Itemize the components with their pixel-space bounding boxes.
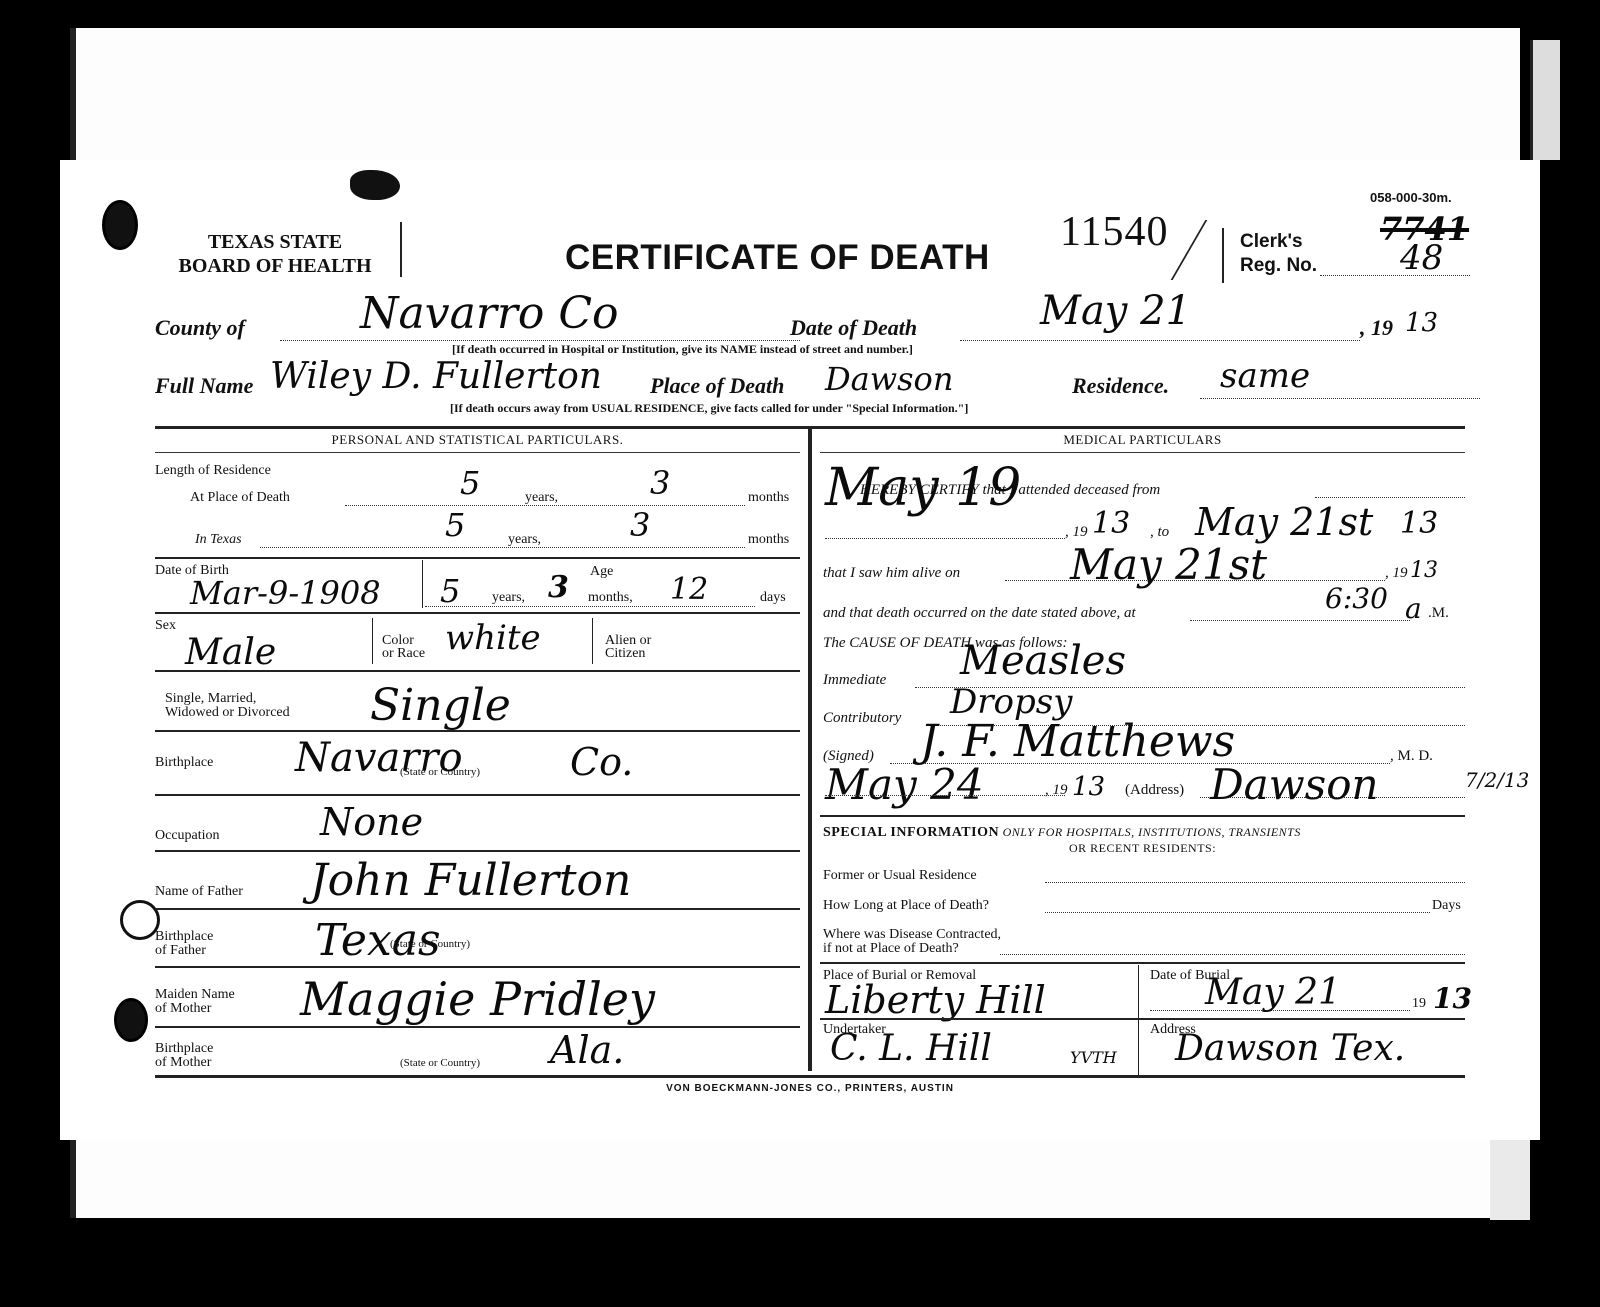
date-of-death-value[interactable]: May 21	[1040, 288, 1191, 334]
special-title-rest: only for Hospitals, Institutions, Transi…	[1003, 825, 1301, 839]
full-name-value[interactable]: Wiley D. Fullerton	[270, 356, 602, 397]
header-divider	[400, 222, 402, 277]
contributory-label: Contributory	[823, 710, 901, 727]
age-months[interactable]: 3	[548, 570, 569, 605]
state-or-country-hint: (State or Country)	[400, 766, 480, 778]
year-prefix: , 19	[1065, 524, 1088, 541]
length-of-residence-label: Length of Residence	[155, 463, 271, 479]
hospital-note: [If death occurred in Hospital or Instit…	[452, 342, 913, 357]
column-divider	[808, 426, 812, 1071]
age-years[interactable]: 5	[440, 572, 460, 610]
rule	[820, 1018, 1465, 1020]
age-months-label: months,	[588, 590, 633, 606]
years-label: years,	[508, 532, 541, 548]
burial-divider	[1138, 965, 1139, 1075]
dob-divider	[422, 560, 423, 608]
mother-birthplace-label-1: Birthplace	[155, 1042, 213, 1056]
punch-hole-icon	[114, 998, 148, 1042]
alien-label-2: Citizen	[605, 647, 651, 660]
disease-label-1: Where was Disease Contracted,	[823, 928, 1001, 942]
disease-line	[1000, 954, 1465, 955]
agency-line-2: BOARD OF HEALTH	[155, 254, 395, 278]
mother-name-label-1: Maiden Name	[155, 988, 235, 1002]
saw-alive-value[interactable]: May 21st	[1070, 540, 1267, 589]
color-label: Color or Race	[382, 634, 425, 660]
years-label: years,	[525, 490, 558, 506]
agency-line-1: TEXAS STATE	[155, 230, 395, 254]
residence-line	[1200, 398, 1480, 399]
state-or-country-hint: (State or Country)	[390, 938, 470, 950]
saw-alive-year[interactable]: 13	[1410, 558, 1438, 583]
date-of-death-line	[960, 340, 1360, 341]
occupation-value[interactable]: None	[320, 800, 423, 844]
father-birthplace-label: Birthplace of Father	[155, 930, 213, 958]
rule	[155, 794, 800, 796]
clerk-reg-line	[1320, 275, 1470, 276]
undertaker-value[interactable]: C. L. Hill	[830, 1028, 992, 1069]
clerk-divider	[1222, 228, 1224, 283]
certify-line	[1315, 497, 1465, 498]
punch-hole-icon	[102, 200, 138, 250]
age-days-label: days	[760, 590, 786, 606]
state-or-country-hint: (State or Country)	[400, 1057, 480, 1069]
clerk-reg-label: Clerk's Reg. No.	[1240, 230, 1317, 278]
clerk-label-2: Reg. No.	[1240, 254, 1317, 278]
attended-to-value[interactable]: May 21st	[1195, 500, 1373, 544]
attended-from-value[interactable]: May 19	[825, 458, 1021, 518]
medical-section-title: MEDICAL PARTICULARS	[820, 432, 1465, 448]
color-label-2: or Race	[382, 647, 425, 660]
mother-birthplace-value[interactable]: Ala.	[550, 1028, 624, 1072]
residence-note: [If death occurs away from USUAL RESIDEN…	[450, 401, 968, 416]
at-place-months[interactable]: 3	[650, 464, 670, 502]
special-title-line2: or Recent Residents:	[820, 841, 1465, 856]
address-label: (Address)	[1125, 782, 1184, 799]
age-label: Age	[590, 564, 613, 580]
at-place-label: At Place of Death	[190, 490, 290, 506]
attended-from-year[interactable]: 13	[1092, 506, 1130, 541]
agency-name: TEXAS STATE BOARD OF HEALTH	[155, 230, 395, 278]
rule	[820, 815, 1465, 817]
date-of-death-year-prefix: , 19	[1360, 315, 1393, 341]
form-code: 058-000-30m.	[1370, 190, 1452, 205]
burial-date-year[interactable]: 13	[1433, 982, 1472, 1015]
how-long-line	[1045, 912, 1430, 913]
rule	[155, 730, 800, 732]
rule	[155, 966, 800, 968]
marital-label: Single, Married, Widowed or Divorced	[165, 692, 290, 720]
paper-tab	[1490, 1140, 1530, 1220]
immediate-value[interactable]: Measles	[960, 638, 1126, 684]
rule	[155, 1026, 800, 1028]
page-title: CERTIFICATE OF DEATH	[565, 238, 990, 278]
immediate-label: Immediate	[823, 672, 886, 689]
sex-label: Sex	[155, 618, 176, 634]
father-birthplace-label-1: Birthplace	[155, 930, 213, 944]
disease-label: Where was Disease Contracted, if not at …	[823, 928, 1001, 956]
birthplace-label: Birthplace	[155, 755, 213, 771]
disease-label-2: if not at Place of Death?	[823, 942, 1001, 956]
death-time-unit: .M.	[1428, 605, 1449, 622]
place-of-death-value[interactable]: Dawson	[825, 360, 953, 398]
ink-blot	[350, 170, 400, 200]
county-value[interactable]: Navarro Co	[360, 288, 619, 339]
checkmark-icon	[1171, 220, 1236, 280]
punch-hole-icon	[120, 900, 160, 940]
former-residence-label: Former or Usual Residence	[823, 868, 977, 884]
in-texas-line	[260, 547, 745, 548]
in-texas-label: In Texas	[195, 532, 242, 548]
special-title-main: SPECIAL INFORMATION	[823, 825, 999, 840]
rule	[155, 670, 800, 672]
place-of-death-label: Place of Death	[650, 373, 784, 399]
burial-address-value[interactable]: Dawson Tex.	[1175, 1028, 1405, 1069]
residence-label: Residence.	[1072, 373, 1169, 399]
sex-divider	[372, 618, 373, 664]
special-title: SPECIAL INFORMATION only for Hospitals, …	[823, 825, 1301, 841]
paper-edge-strip	[1530, 40, 1560, 160]
bottom-rule	[155, 1075, 1465, 1078]
year-prefix: , 19	[1385, 565, 1408, 582]
occupation-label: Occupation	[155, 828, 220, 844]
sex-value[interactable]: Male	[185, 632, 276, 673]
age-days[interactable]: 12	[670, 572, 708, 607]
md-label: , M. D.	[1390, 748, 1433, 765]
burial-year-prefix: 19	[1412, 996, 1426, 1012]
attended-from-line	[825, 538, 1065, 539]
marital-label-2: Widowed or Divorced	[165, 706, 290, 720]
mother-name-value[interactable]: Maggie Pridley	[300, 972, 655, 1026]
death-time-suffix[interactable]: a	[1405, 592, 1422, 625]
signed-date-value[interactable]: May 24	[825, 760, 984, 809]
clerk-label-1: Clerk's	[1240, 230, 1317, 254]
father-name-label: Name of Father	[155, 884, 243, 900]
burial-date-value[interactable]: May 21	[1205, 972, 1341, 1013]
dob-value[interactable]: Mar-9-1908	[190, 574, 381, 612]
rule	[155, 612, 800, 614]
mother-birthplace-label: Birthplace of Mother	[155, 1042, 213, 1070]
birthplace-suffix[interactable]: Co.	[570, 740, 633, 784]
former-residence-line	[1045, 882, 1465, 883]
how-long-unit: Days	[1432, 898, 1461, 914]
to-label: , to	[1150, 524, 1169, 541]
mother-name-label: Maiden Name of Mother	[155, 988, 235, 1016]
attended-to-year[interactable]: 13	[1400, 506, 1438, 541]
alien-label: Alien or Citizen	[605, 634, 651, 660]
rule	[820, 962, 1465, 964]
county-label: County of	[155, 315, 245, 341]
stamp-note: 7/2/13	[1465, 768, 1529, 792]
months-label: months	[748, 532, 789, 548]
residence-value[interactable]: same	[1220, 356, 1310, 396]
saw-alive-label: that I saw him alive on	[823, 565, 960, 582]
date-of-death-label: Date of Death	[790, 315, 917, 341]
county-line	[280, 340, 800, 341]
rule	[155, 557, 800, 559]
full-name-label: Full Name	[155, 373, 253, 399]
months-label: months	[748, 490, 789, 506]
death-occurred-label: and that death occurred on the date stat…	[823, 605, 1136, 622]
personal-section-title: PERSONAL AND STATISTICAL PARTICULARS.	[155, 432, 800, 448]
age-line	[425, 606, 755, 607]
marital-label-1: Single, Married,	[165, 692, 290, 706]
father-birthplace-label-2: of Father	[155, 944, 213, 958]
rule	[155, 452, 800, 453]
mother-birthplace-label-2: of Mother	[155, 1056, 213, 1070]
rule	[155, 908, 800, 910]
age-years-label: years,	[492, 590, 525, 606]
certificate-number: 11540	[1060, 208, 1168, 256]
how-long-label: How Long at Place of Death?	[823, 898, 989, 914]
color-value[interactable]: white	[445, 618, 541, 658]
signed-year-prefix: , 19	[1045, 782, 1068, 799]
marital-value[interactable]: Single	[370, 680, 511, 731]
rule	[820, 452, 1465, 453]
death-time-line	[1190, 620, 1410, 621]
at-place-years[interactable]: 5	[460, 464, 480, 502]
rule	[155, 850, 800, 852]
signed-date-line	[825, 795, 1065, 796]
in-texas-months[interactable]: 3	[630, 506, 650, 544]
father-name-value[interactable]: John Fullerton	[310, 855, 631, 906]
burial-place-value[interactable]: Liberty Hill	[825, 978, 1046, 1022]
death-time-value[interactable]: 6:30	[1325, 582, 1388, 615]
address-value[interactable]: Dawson	[1210, 760, 1379, 809]
in-texas-years[interactable]: 5	[445, 506, 465, 544]
mother-name-label-2: of Mother	[155, 1002, 235, 1016]
death-certificate-form: TEXAS STATE BOARD OF HEALTH CERTIFICATE …	[60, 160, 1540, 1140]
undertaker-note: YVTH	[1070, 1048, 1117, 1067]
alien-divider	[592, 618, 593, 664]
signed-year[interactable]: 13	[1072, 772, 1105, 802]
date-of-death-year[interactable]: 13	[1405, 308, 1438, 338]
printer-credit: VON BOECKMANN-JONES CO., PRINTERS, AUSTI…	[155, 1083, 1465, 1094]
clerk-reg-value: 48	[1400, 238, 1443, 278]
